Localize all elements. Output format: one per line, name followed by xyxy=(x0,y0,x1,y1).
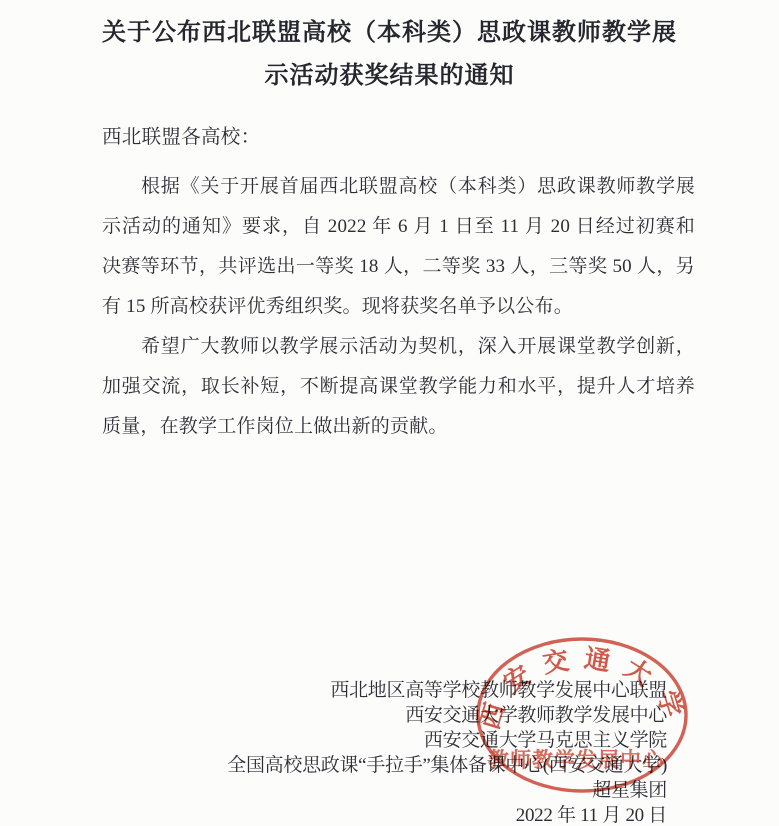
signature-org-5: 超星集团 xyxy=(0,778,667,803)
signature-block: 西北地区高等学校教师教学发展中心联盟 西安交通大学教师教学发展中心 西安交通大学… xyxy=(0,678,667,826)
title-line-2: 示活动获奖结果的通知 xyxy=(0,55,779,98)
scanned-notice-page: 关于公布西北联盟高校（本科类）思政课教师教学展 示活动获奖结果的通知 西北联盟各… xyxy=(0,0,779,826)
signature-org-2: 西安交通大学教师教学发展中心 xyxy=(0,703,667,728)
signature-org-1: 西北地区高等学校教师教学发展中心联盟 xyxy=(0,678,667,703)
paragraph2-line2: 加强交流，取长补短，不断提高课堂教学能力和水平，提升人才培养 xyxy=(102,367,695,407)
paragraph2-line1: 希望广大教师以教学展示活动为契机，深入开展课堂教学创新， xyxy=(102,327,695,367)
salutation: 西北联盟各高校： xyxy=(0,118,779,158)
paragraph1-line3: 决赛等环节，共评选出一等奖 18 人，二等奖 33 人，三等奖 50 人，另 xyxy=(102,247,695,287)
paragraph1-line2: 示活动的通知》要求，自 2022 年 6 月 1 日至 11 月 20 日经过初… xyxy=(102,207,695,247)
notice-body: 根据《关于开展首届西北联盟高校（本科类）思政课教师教学展 示活动的通知》要求，自… xyxy=(0,167,779,447)
title-line-1: 关于公布西北联盟高校（本科类）思政课教师教学展 xyxy=(0,12,779,55)
paragraph1-line1: 根据《关于开展首届西北联盟高校（本科类）思政课教师教学展 xyxy=(102,167,695,207)
document-title: 关于公布西北联盟高校（本科类）思政课教师教学展 示活动获奖结果的通知 xyxy=(0,0,779,98)
signature-org-3: 西安交通大学马克思主义学院 xyxy=(0,728,667,753)
paragraph2-line3: 质量，在教学工作岗位上做出新的贡献。 xyxy=(102,407,695,447)
paragraph1-line4: 有 15 所高校获评优秀组织奖。现将获奖名单予以公布。 xyxy=(102,287,695,327)
signature-org-4: 全国高校思政课“手拉手”集体备课中心(西安交通大学) xyxy=(0,753,667,778)
signature-date: 2022 年 11 月 20 日 xyxy=(0,803,667,826)
